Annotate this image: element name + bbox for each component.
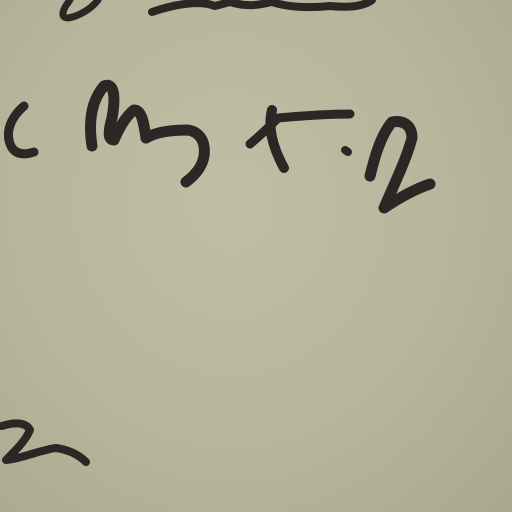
top-stroke-1 bbox=[63, 0, 98, 18]
letter-n bbox=[370, 122, 430, 208]
letter-c-fragment bbox=[8, 106, 34, 154]
paper-background: c Mg t · n z bbox=[0, 0, 512, 512]
multiplication-dot bbox=[345, 150, 348, 152]
letter-g bbox=[146, 130, 204, 182]
handwriting-ink bbox=[0, 0, 512, 512]
letter-t-cross bbox=[250, 114, 350, 144]
letter-z-fragment bbox=[2, 423, 86, 462]
top-stroke-2 bbox=[152, 0, 372, 12]
letter-M bbox=[91, 85, 147, 146]
